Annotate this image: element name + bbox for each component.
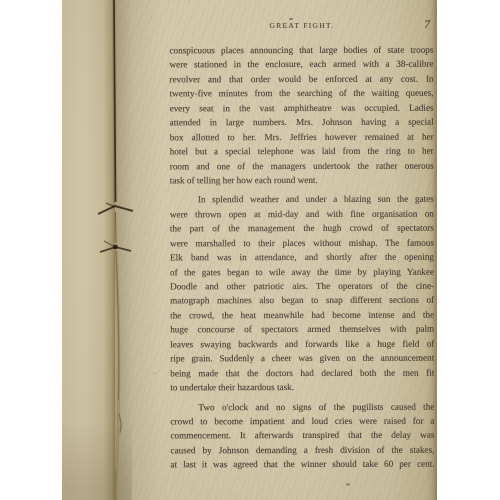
paper-speck	[154, 372, 156, 374]
paper-speck	[289, 18, 293, 20]
text-line: crowd to become impatient and loud cries…	[170, 414, 434, 429]
text-line: were marshalled to their places without …	[170, 235, 434, 250]
text-line: Doodle and other patriotic airs. The ope…	[170, 279, 434, 294]
text-line: box allotted to her. Mrs. Jeffries howev…	[170, 129, 434, 144]
text-line: revolver and that order would be enforce…	[170, 72, 434, 87]
page-number: 7	[424, 19, 430, 31]
text-line: room and one of the managers undertook t…	[170, 158, 434, 173]
paragraph: conspicuous places announcing that large…	[169, 43, 433, 188]
page-header: GREAT FIGHT. 7	[170, 21, 434, 35]
text-line: huge concourse of spectators armed thems…	[170, 322, 434, 337]
text-line: Two o'clock and no signs of the pugilist…	[170, 399, 434, 414]
text-line: the part of the management the hugh crow…	[170, 221, 434, 236]
text-line: hotel but a special telephone was laid f…	[170, 144, 434, 159]
facing-page-edge	[62, 0, 115, 500]
text-line: were thrown open at mid-day and with fin…	[170, 206, 434, 221]
text-line: twenty-five minutes from the searching o…	[170, 86, 434, 101]
text-line: In splendid weather and under a blazing …	[170, 192, 434, 207]
paper-speck	[346, 483, 350, 486]
photo-background: GREAT FIGHT. 7 conspicuous places announ…	[0, 0, 500, 500]
text-line: commencement. It afterwards transpired t…	[170, 428, 434, 443]
page-text: conspicuous places announcing that large…	[169, 43, 434, 472]
text-line: matograph machines also began to snap di…	[170, 293, 434, 308]
gutter-shadow	[115, 0, 161, 500]
text-line: every seat in the vast amphitheatre was …	[170, 100, 434, 115]
text-line: task of telling her how each round went.	[170, 173, 434, 188]
text-line: leaves swaying backwards and forwards li…	[170, 336, 434, 351]
text-line: conspicuous places announcing that large…	[169, 43, 433, 58]
text-line: at last it was agreed that the winner sh…	[171, 457, 435, 472]
book-page: GREAT FIGHT. 7 conspicuous places announ…	[62, 0, 437, 500]
paragraph: In splendid weather and under a blazing …	[170, 192, 435, 395]
text-line: ripe grain. Suddenly a cheer was given o…	[170, 351, 434, 366]
running-header-title: GREAT FIGHT.	[170, 21, 434, 30]
text-line: attended in large numbers. Mrs. Johnson …	[170, 115, 434, 130]
text-line: of the gates began to wile away the time…	[170, 264, 434, 279]
text-line: caused by Johnson demanding a fresh divi…	[170, 442, 434, 457]
text-line: Elk band was in attendance, and shortly …	[170, 250, 434, 265]
paragraph: Two o'clock and no signs of the pugilist…	[170, 399, 434, 472]
text-line: to undertake their hazardous task.	[170, 380, 434, 395]
text-line: being made that the doctors had declared…	[170, 365, 434, 380]
text-line: the crowd, the heat meanwhile had become…	[170, 308, 434, 323]
text-line: were stationed in the enclosure, each ar…	[169, 57, 433, 72]
